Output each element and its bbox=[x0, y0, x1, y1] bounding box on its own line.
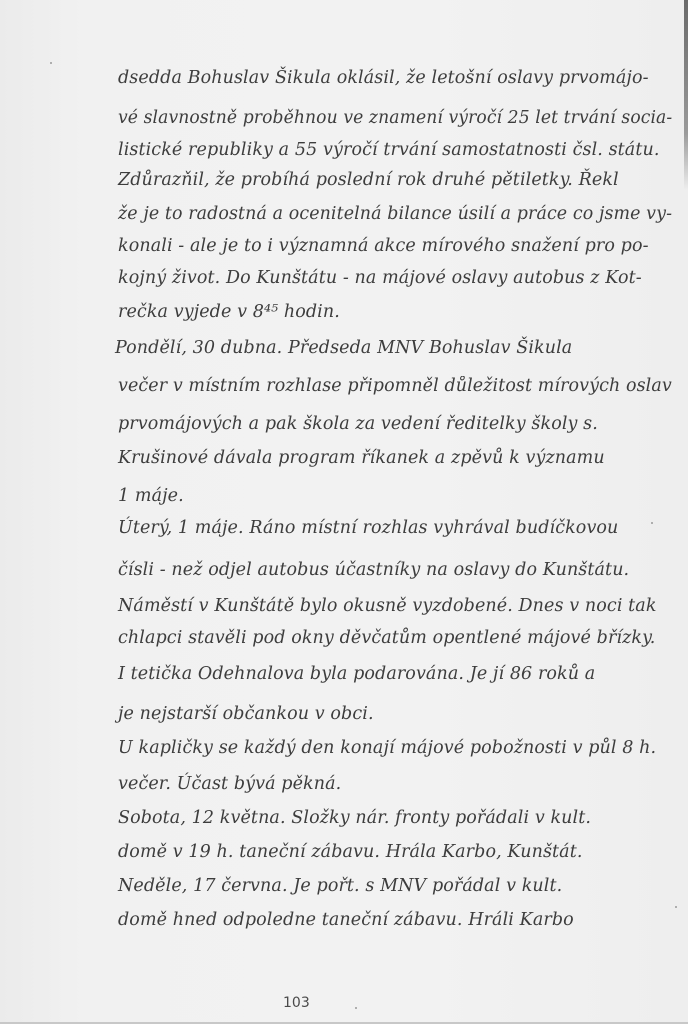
paper-speck bbox=[355, 1007, 357, 1009]
text-line: kojný život. Do Kunštátu - na májové osl… bbox=[118, 268, 642, 288]
page-number: 103 bbox=[283, 995, 310, 1011]
text-line: rečka vyjede v 8⁴⁵ hodin. bbox=[118, 302, 340, 322]
text-line: Pondělí, 30 dubna. Předseda MNV Bohuslav… bbox=[115, 338, 572, 358]
text-line: Krušinové dávala program říkanek a zpěvů… bbox=[118, 448, 605, 468]
paper-speck bbox=[50, 62, 52, 64]
handwritten-text-block: dsedda Bohuslav Šikula oklásil, že letoš… bbox=[0, 0, 688, 1024]
text-line: večer v místním rozhlase připomněl důlež… bbox=[118, 376, 672, 396]
text-line: prvomájových a pak škola za vedení ředit… bbox=[118, 414, 598, 434]
text-line: domě v 19 h. taneční zábavu. Hrála Karbo… bbox=[118, 842, 583, 862]
text-line: Náměstí v Kunštátě bylo okusně vyzdobené… bbox=[118, 596, 657, 616]
text-line: čísli - než odjel autobus účastníky na o… bbox=[118, 560, 629, 580]
text-line: domě hned odpoledne taneční zábavu. Hrál… bbox=[118, 910, 574, 930]
paper-speck bbox=[675, 906, 677, 908]
text-line: vé slavnostně proběhnou ve znamení výroč… bbox=[118, 108, 672, 128]
text-line: večer. Účast bývá pěkná. bbox=[118, 774, 341, 794]
text-line: je nejstarší občankou v obci. bbox=[118, 704, 374, 724]
text-line: že je to radostná a ocenitelná bilance ú… bbox=[118, 204, 672, 224]
text-line: konali - ale je to i významná akce mírov… bbox=[118, 236, 649, 256]
scanned-page: dsedda Bohuslav Šikula oklásil, že letoš… bbox=[0, 0, 688, 1024]
text-line: Sobota, 12 května. Složky nár. fronty po… bbox=[118, 808, 591, 828]
text-line: Neděle, 17 června. Je pořt. s MNV pořáda… bbox=[118, 876, 562, 896]
text-line: Úterý, 1 máje. Ráno místní rozhlas vyhrá… bbox=[118, 518, 618, 538]
text-line: dsedda Bohuslav Šikula oklásil, že letoš… bbox=[118, 68, 649, 88]
text-line: Zdůrazňil, že probíhá poslední rok druhé… bbox=[118, 170, 619, 190]
text-line: U kapličky se každý den konají májové po… bbox=[118, 738, 656, 758]
text-line: 1 máje. bbox=[118, 486, 184, 506]
text-line: listické republiky a 55 výročí trvání sa… bbox=[118, 140, 660, 160]
text-line: I tetička Odehnalova byla podarována. Je… bbox=[118, 664, 595, 684]
paper-speck bbox=[651, 522, 653, 524]
text-line: chlapci stavěli pod okny děvčatům opentl… bbox=[118, 628, 655, 648]
